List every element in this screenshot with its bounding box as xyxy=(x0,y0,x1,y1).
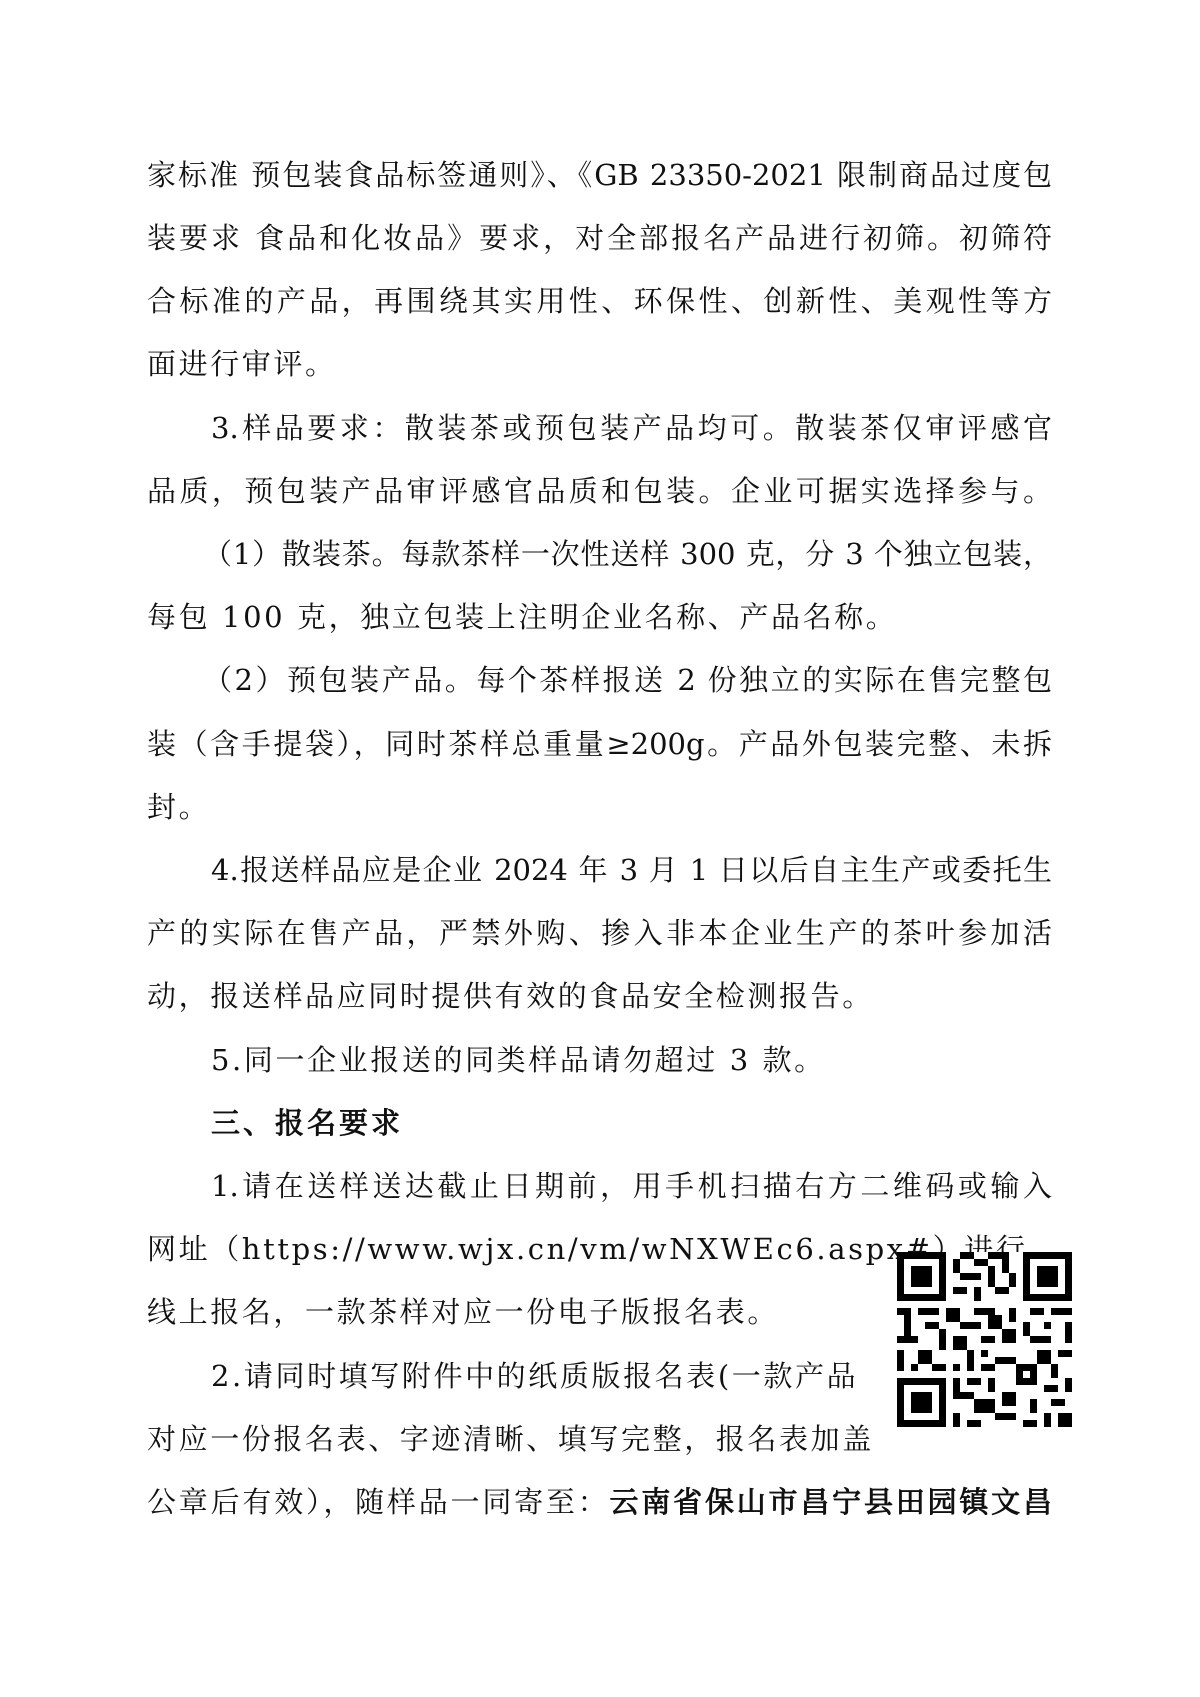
paragraph-line: 装要求 食品和化妆品》要求，对全部报名产品进行初筛。初筛符 xyxy=(147,218,1052,258)
qr-code-icon[interactable] xyxy=(897,1252,1072,1427)
mailing-address-line: 公章后有效），随样品一同寄至：云南省保山市昌宁县田园镇文昌 xyxy=(147,1482,1052,1522)
paragraph-line: 封。 xyxy=(147,787,1052,827)
section-heading-registration: 三、报名要求 xyxy=(211,1103,1052,1143)
paragraph-line: 装（含手提袋），同时茶样总重量≥200g。产品外包装完整、未拆 xyxy=(147,724,1052,764)
paragraph-line: 产的实际在售产品，严禁外购、掺入非本企业生产的茶叶参加活 xyxy=(147,913,1052,953)
paragraph-line: 每包 100 克，独立包装上注明企业名称、产品名称。 xyxy=(147,597,1052,637)
mailing-prefix: 公章后有效），随样品一同寄至： xyxy=(147,1485,610,1519)
paragraph-line: 家标准 预包装食品标签通则》、《GB 23350-2021 限制商品过度包 xyxy=(147,155,1052,195)
sample-requirements-item: 3.样品要求：散装茶或预包装产品均可。散装茶仅审评感官 xyxy=(211,408,1052,448)
paragraph-line: 面进行审评。 xyxy=(147,344,1052,384)
paragraph-line: 品质，预包装产品审评感官品质和包装。企业可据实选择参与。 xyxy=(147,471,1052,511)
prepackaged-item: （2）预包装产品。每个茶样报送 2 份独立的实际在售完整包 xyxy=(203,660,1052,700)
sample-limit-item: 5.同一企业报送的同类样品请勿超过 3 款。 xyxy=(211,1040,1052,1080)
loose-tea-item: （1）散装茶。每款茶样一次性送样 300 克，分 3 个独立包装， xyxy=(203,534,1052,574)
paragraph-line: 合标准的产品，再围绕其实用性、环保性、创新性、美观性等方 xyxy=(147,281,1052,321)
sample-origin-item: 4.报送样品应是企业 2024 年 3 月 1 日以后自主生产或委托生 xyxy=(211,850,1052,890)
registration-item-1: 1.请在送样送达截止日期前，用手机扫描右方二维码或输入 xyxy=(211,1166,1052,1206)
paragraph-line: 动，报送样品应同时提供有效的食品安全检测报告。 xyxy=(147,976,1052,1016)
mailing-address: 云南省保山市昌宁县田园镇文昌 xyxy=(610,1485,1052,1519)
document-page: 家标准 预包装食品标签通则》、《GB 23350-2021 限制商品过度包 装要… xyxy=(0,0,1200,1697)
